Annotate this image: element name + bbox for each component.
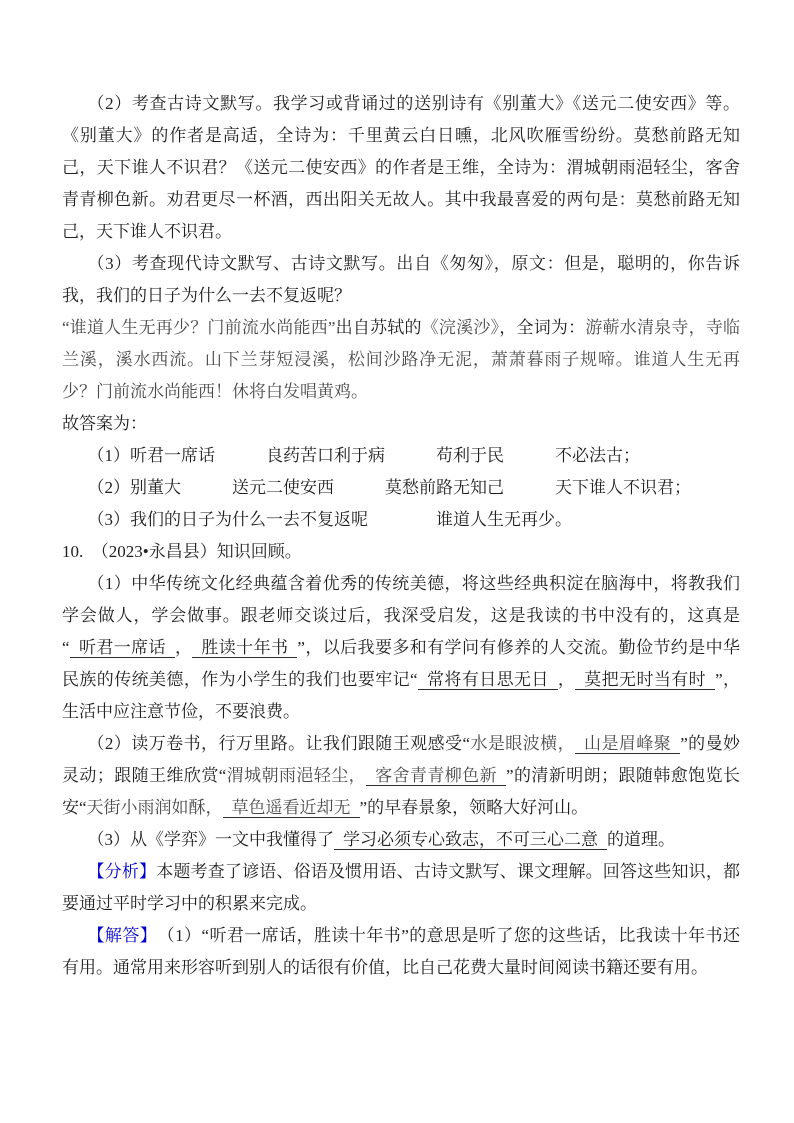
para-answer-line-1: （1）听君一席话 良药苦口利于病 苟利于民 不必法古；: [62, 440, 740, 472]
document-content: （2）考查古诗文默写。我学习或背诵过的送别诗有《别董大》《送元二使安西》等。《别…: [0, 0, 794, 984]
poem-quote: 水是眼波横，: [470, 734, 575, 753]
para-answer-line-3: （3）我们的日子为什么一去不复返呢 谁道人生无再少。: [62, 504, 740, 536]
para-question-10-header: 10. （2023•永昌县）知识回顾。: [62, 536, 740, 568]
text-run: （3）考查现代诗文默写、古诗文默写。出自《匆匆》，原文：但是，聪明的，你告诉我，…: [62, 254, 740, 305]
text-run: 的道理。: [607, 830, 675, 849]
para-answer-line-2: （2）别董大 送元二使安西 莫愁前路无知己 天下谁人不识君；: [62, 472, 740, 504]
text-run: 出自苏轼的: [335, 318, 421, 337]
underlined-answer: 听君一席话: [70, 638, 175, 658]
para-q10-blank-3: （3）从《学弈》一文中我懂得了学习必须专心致志，不可三心二意的道理。: [62, 824, 740, 856]
text-run: （1）“听君一席话，胜读十年书”的意思是听了您的这些话，比我读十年书还有用。通常…: [62, 926, 740, 977]
underlined-answer: 学习必须专心致志，不可三心二意: [334, 830, 607, 850]
answer-list-line: （3）我们的日子为什么一去不复返呢 谁道人生无再少。: [88, 510, 573, 529]
underlined-answer: 山是眉峰聚: [575, 734, 680, 754]
underlined-answer: 常将有日思无日: [418, 670, 558, 690]
para-answer-2: （2）考查古诗文默写。我学习或背诵过的送别诗有《别董大》《送元二使安西》等。《别…: [62, 88, 740, 248]
text-run: 故答案为：: [62, 414, 147, 433]
para-explanation: 【解答】 （1）“听君一席话，胜读十年书”的意思是听了您的这些话，比我读十年书还…: [62, 920, 740, 984]
para-q10-blank-2: （2）读万卷书，行万里路。让我们跟随王观感受“水是眼波横，山是眉峰聚”的曼妙灵动…: [62, 728, 740, 824]
para-huanxisha-quote: “谁道人生无再少？门前流水尚能西”出自苏轼的《浣溪沙》，全词为：游蕲水清泉寺，寺…: [62, 312, 740, 408]
question-number-header: 10. （2023•永昌县）知识回顾。: [62, 542, 302, 561]
analysis-label: 【分析】: [88, 862, 157, 881]
underlined-answer: 莫把无时当有时: [575, 670, 715, 690]
text-run: 本题考查了谚语、俗语及惯用语、古诗文默写、课文理解。回答这些知识，都要通过平时学…: [62, 862, 740, 913]
poem-quote: 天街小雨润如酥，: [87, 798, 223, 817]
text-run: （2）读万卷书，行万里路。让我们跟随王观感受“: [88, 734, 471, 753]
explanation-label: 【解答】: [88, 926, 149, 945]
underlined-answer: 草色遥看近却无: [223, 798, 360, 818]
text-run: ”的早春景象，领略大好河山。: [360, 798, 589, 817]
text-run: ，: [558, 670, 575, 689]
para-answer-intro: 故答案为：: [62, 408, 740, 440]
text-run: （3）从《学弈》一文中我懂得了: [88, 830, 335, 849]
underlined-answer: 胜读十年书: [192, 638, 297, 658]
para-analysis: 【分析】本题考查了谚语、俗语及惯用语、古诗文默写、课文理解。回答这些知识，都要通…: [62, 856, 740, 920]
para-q10-blank-1: （1）中华传统文化经典蕴含着优秀的传统美德，将这些经典积淀在脑海中，将教我们学会…: [62, 568, 740, 728]
answer-list-line: （2）别董大 送元二使安西 莫愁前路无知己 天下谁人不识君；: [88, 478, 692, 497]
poem-quote: 渭城朝雨浥轻尘，: [226, 766, 366, 785]
text-run: （2）考查古诗文默写。我学习或背诵过的送别诗有《别董大》《送元二使安西》等。《别…: [62, 94, 740, 241]
text-run: ，全词为：: [499, 318, 585, 337]
answer-list-line: （1）听君一席话 良药苦口利于病 苟利于民 不必法古；: [88, 446, 641, 465]
para-answer-3: （3）考查现代诗文默写、古诗文默写。出自《匆匆》，原文：但是，聪明的，你告诉我，…: [62, 248, 740, 312]
underlined-answer: 客舍青青柳色新: [366, 766, 506, 786]
poem-quote: “谁道人生无再少？门前流水尚能西”: [62, 318, 335, 337]
document-page: （2）考查古诗文默写。我学习或背诵过的送别诗有《别董大》《送元二使安西》等。《别…: [0, 0, 794, 1123]
poem-title: 《浣溪沙》: [422, 318, 500, 337]
text-run: ，: [175, 638, 192, 657]
